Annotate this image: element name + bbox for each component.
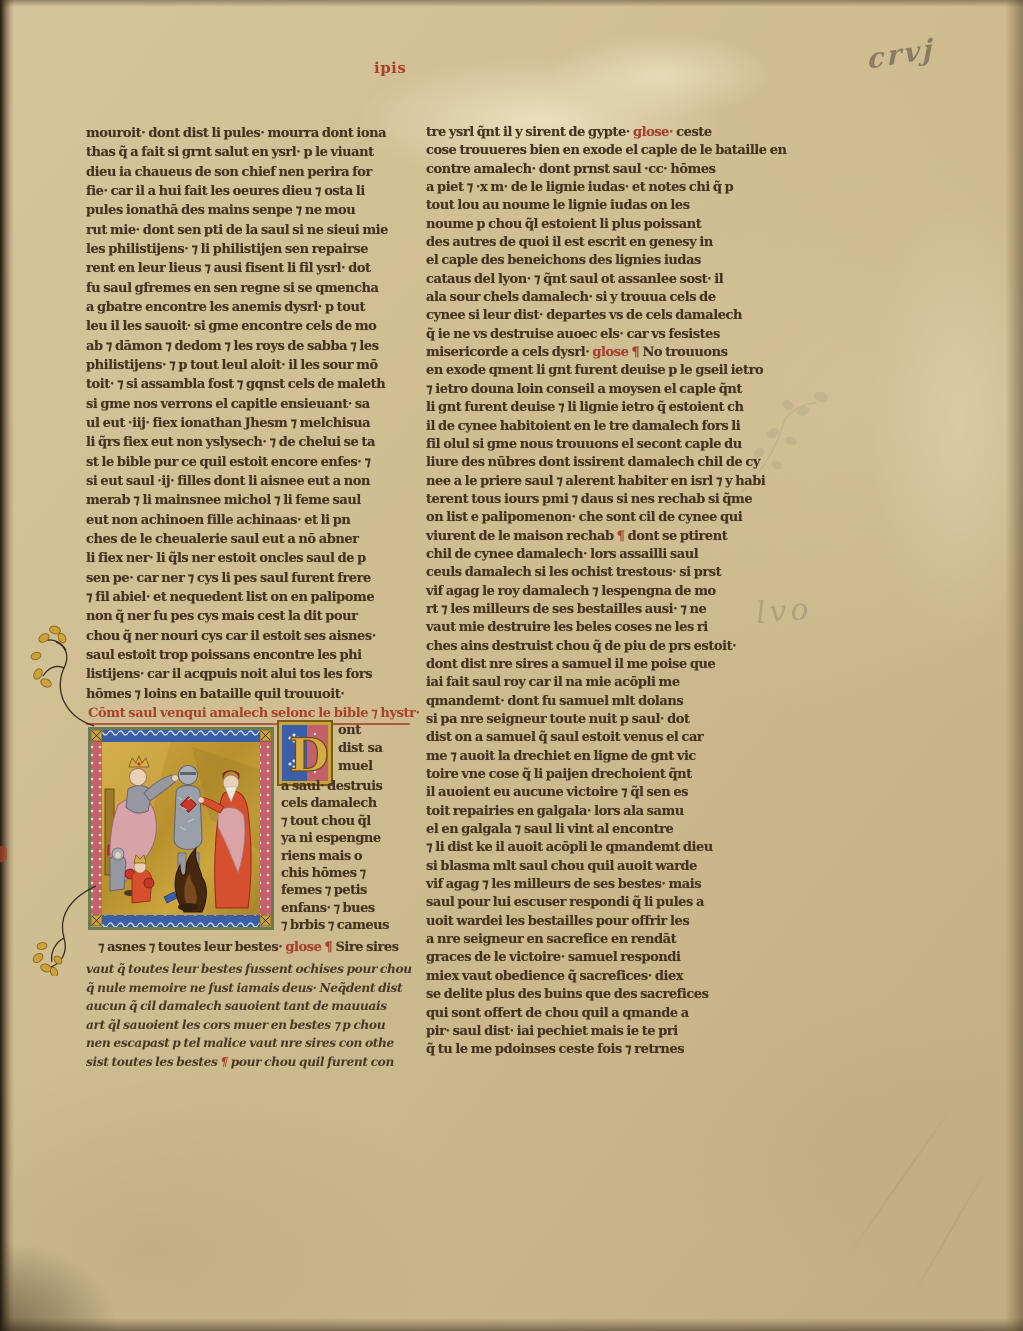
right-text-column: tre ysrl q̃nt il y sirent de gypte· glos… <box>426 124 746 1060</box>
manuscript-text-line: dont dist nre sires a samuel il me poise… <box>426 656 746 674</box>
manuscript-text-line: ab ⁊ dāmon ⁊ dedom ⁊ les roys de sabba ⁊… <box>86 337 408 356</box>
manuscript-text-line: ches de le cheualerie saul eut a nō abne… <box>86 530 408 549</box>
manuscript-text-line: chou q̃ ner nouri cys car il estoit ses … <box>86 627 408 646</box>
red-ink-segment: ¶ <box>325 940 336 955</box>
manuscript-text-line: el caple des beneichons des lignies iuda… <box>426 252 746 270</box>
manuscript-text-line: rut mie· dont sen pti de la saul si ne s… <box>86 221 408 240</box>
manuscript-text-line: on list e palipomenon· che sont cil de c… <box>426 509 746 527</box>
manuscript-text-line: ⁊ asnes ⁊ toutes leur bestes· glose ¶ Si… <box>98 938 430 957</box>
manuscript-text-line: ⁊ fil abiel· et nequedent list on en pal… <box>86 588 408 607</box>
manuscript-text-line: non q̃ ner fu pes cys mais cest la dit p… <box>86 607 408 626</box>
manuscript-text-line: fil olul si gme nous trouuons el secont … <box>426 436 746 454</box>
vine-ornament-top-left <box>30 616 96 730</box>
parchment-wrinkle <box>910 1160 992 1300</box>
right-border-bar <box>260 741 271 916</box>
manuscript-text-line: rent en leur lieus ⁊ ausi fisent li fil … <box>86 259 408 278</box>
red-ink-segment: glose <box>592 345 631 360</box>
manuscript-text-line: li gnt furent deuise ⁊ li lignie ietro q… <box>426 399 746 417</box>
manuscript-text-line: tout lou au noume le lignie iudas on les <box>426 197 746 215</box>
ink-segment: dont se ptirent <box>625 529 728 544</box>
manuscript-text-line: graces de le victoire· samuel respondi <box>426 949 746 967</box>
red-ink-segment: glose <box>285 940 324 955</box>
manuscript-text-line: ⁊ brbis ⁊ cameus <box>281 917 409 934</box>
manuscript-text-line: thas q̃ a fait si grnt salut en ysrl· p … <box>86 143 408 162</box>
red-edge-mark <box>0 846 7 862</box>
red-ink-segment: ¶ <box>220 1055 227 1069</box>
manuscript-text-line: rt ⁊ les milleurs de ses bestailles ausi… <box>426 601 746 619</box>
initial-d-icon: D <box>277 720 333 786</box>
manuscript-text-line: li fiex ner· li q̃ls ner estoit oncles s… <box>86 549 408 568</box>
running-title: ipis <box>374 60 406 76</box>
manuscript-text-line: les philistijens· ⁊ li philistijen sen r… <box>86 240 408 259</box>
initial-letter: D <box>289 728 329 782</box>
ink-segment: No trouuons <box>639 345 727 360</box>
manuscript-text-line: si eut saul ·ij· filles dont li aisnee e… <box>86 472 408 491</box>
side-text-head: ontdist samuel <box>338 722 410 777</box>
manuscript-text-line: ceuls damalech si les ochist trestous· s… <box>426 564 746 582</box>
manuscript-text-line: a gbatre encontre les anemis dysrl· p to… <box>86 298 408 317</box>
gloss-text-line: aucun q̃ cil damalech sauoient tant de m… <box>86 997 426 1016</box>
manuscript-text-line: il de cynee habitoient en le tre damalec… <box>426 418 746 436</box>
binding-gutter-edge <box>0 0 14 1331</box>
manuscript-text-line: chil de cynee damalech· lors assailli sa… <box>426 546 746 564</box>
manuscript-text-line: uoit wardei les bestailles pour offrir l… <box>426 913 746 931</box>
manuscript-text-line: liure des nūbres dont issirent damalech … <box>426 454 746 472</box>
page-top-edge <box>0 0 1023 7</box>
manuscript-text-line: fie· car il a hui fait les oeures dieu ⁊… <box>86 182 408 201</box>
ivy-vine-icon <box>30 616 96 730</box>
manuscript-text-line: qui sont offert de chou quil a qmande a <box>426 1005 746 1023</box>
manuscript-text-line: q̃ tu le me pdoinses ceste fois ⁊ retrne… <box>426 1041 746 1059</box>
manuscript-text-line: ches ains destruist chou q̃ de piu de pr… <box>426 638 746 656</box>
manuscript-text-line: noume p chou q̃l estoient li plus poissa… <box>426 216 746 234</box>
ink-segment: ⁊ asnes ⁊ toutes leur bestes· <box>98 940 285 955</box>
manuscript-text-line: ⁊ li dist ke il auoit acōpli le qmandemt… <box>426 839 746 857</box>
miniature-painting <box>88 727 274 930</box>
manuscript-text-line: femes ⁊ petis <box>281 882 409 899</box>
manuscript-text-line: muel <box>338 758 410 776</box>
manuscript-text-line: saul pour lui escuser respondi q̃ li pul… <box>426 894 746 912</box>
manuscript-text-line: philistijens· ⁊ p tout leul aloit· il le… <box>86 356 408 375</box>
manuscript-text-line: des autres de quoi il est escrit en gene… <box>426 234 746 252</box>
manuscript-text-line: dist on a samuel q̃ saul estoit venus el… <box>426 729 746 747</box>
manuscript-text-line: hōmes ⁊ loins en bataille quil trouuoit· <box>86 685 408 704</box>
manuscript-text-line: riens mais o <box>281 848 409 865</box>
manuscript-text-line: ya ni espengne <box>281 830 409 847</box>
ink-segment: ceste <box>673 125 712 140</box>
manuscript-text-line: merab ⁊ li mainsnee michol ⁊ li feme sau… <box>86 491 408 510</box>
manuscript-text-line: a piet ⁊ ·x m· de le lignie iudas· et no… <box>426 179 746 197</box>
manuscript-text-line: pules ionathā des mains senpe ⁊ ne mou <box>86 201 408 220</box>
manuscript-text-line: ont <box>338 722 410 740</box>
parchment-wrinkle <box>843 1098 959 1263</box>
folio-mark: crvj <box>868 34 936 75</box>
gloss-text-line: sist toutes les bestes ¶ pour chou quil … <box>86 1053 426 1072</box>
manuscript-text-line: me ⁊ auoit la drechiet en ligne de gnt v… <box>426 748 746 766</box>
manuscript-text-line: sen pe· car ner ⁊ cys li pes saul furent… <box>86 569 408 588</box>
manuscript-text-line: fu saul gfremes en sen regne si se qmenc… <box>86 279 408 298</box>
manuscript-text-line: tre ysrl q̃nt il y sirent de gypte· glos… <box>426 124 746 142</box>
manuscript-text-line: terent tous iours pmi ⁊ daus si nes rech… <box>426 491 746 509</box>
side-text-body: a saul· destruiscels damalech⁊ tout chou… <box>281 778 409 935</box>
manuscript-text-line: pir· saul dist· iai pechiet mais ie te p… <box>426 1023 746 1041</box>
manuscript-text-line: el en galgala ⁊ saul li vint al encontre <box>426 821 746 839</box>
manuscript-text-line: si gme nos verrons el capitle ensieuant·… <box>86 395 408 414</box>
manuscript-text-line: miex vaut obedience q̃ sacrefices· diex <box>426 968 746 986</box>
manuscript-text-line: cynee si leur dist· departes vs de cels … <box>426 307 746 325</box>
manuscript-text-line: eut non achinoen fille achinaas· et li p… <box>86 511 408 530</box>
manuscript-text-line: ⁊ ietro douna loin conseil a moysen el c… <box>426 381 746 399</box>
gloss-text-line: art q̃l sauoient les cors muer en bestes… <box>86 1016 426 1035</box>
top-border-band <box>102 730 260 742</box>
gloss-text-line: vaut q̃ toutes leur bestes fussent ochis… <box>86 960 426 979</box>
manuscript-text-line: dieu ia chaueus de son chief nen perira … <box>86 163 408 182</box>
ink-segment: tre ysrl q̃nt il y sirent de gypte· <box>426 125 633 140</box>
manuscript-text-line: ala sour chels damalech· si y trouua cel… <box>426 289 746 307</box>
red-ink-segment: glose· <box>633 125 673 140</box>
manuscript-text-line: il auoient eu aucune victoire ⁊ q̃l sen … <box>426 784 746 802</box>
gloss-text-line: q̃ nule memoire ne fust iamais deus· Neq… <box>86 979 426 998</box>
page-corner-shadow <box>0 1240 120 1331</box>
manuscript-text-line: se delite plus des buins que des sacrefi… <box>426 986 746 1004</box>
manuscript-text-line: enfans· ⁊ bues <box>281 900 409 917</box>
page-bottom-edge <box>0 1318 1023 1331</box>
ink-segment: misericorde a cels dysrl· <box>426 345 592 360</box>
manuscript-text-line: vif agag ⁊ les milleurs de ses bestes· m… <box>426 876 746 894</box>
manuscript-text-line: toit repairies en galgala· lors ala samu <box>426 803 746 821</box>
manuscript-text-line: mouroit· dont dist li pules· mourra dont… <box>86 124 408 143</box>
manuscript-text-line: toire vne cose q̃ li paijen drechoient q… <box>426 766 746 784</box>
manuscript-text-line: chis hōmes ⁊ <box>281 865 409 882</box>
manuscript-text-line: saul estoit trop poissans encontre les p… <box>86 646 408 665</box>
manuscript-text-line: misericorde a cels dysrl· glose ¶ No tro… <box>426 344 746 362</box>
manuscript-text-line: iai fait saul roy car il na mie acōpli m… <box>426 674 746 692</box>
ink-segment: viurent de le maison rechab <box>426 529 617 544</box>
manuscript-text-line: cataus del lyon· ⁊ q̃nt saul ot assanlee… <box>426 271 746 289</box>
ink-segment: pour chou quil furent con <box>228 1055 394 1069</box>
left-text-column: mouroit· dont dist li pules· mourra dont… <box>86 124 408 704</box>
manuscript-text-line: ⁊ tout chou q̃l <box>281 813 409 830</box>
manuscript-text-line: cose trouueres bien en exode el caple de… <box>426 142 746 160</box>
manuscript-text-line: toit· ⁊ si assambla fost ⁊ gqnst cels de… <box>86 375 408 394</box>
pointing-hand <box>172 775 179 782</box>
miniature-saul-and-samuel <box>88 727 274 930</box>
ink-segment: Sire sires <box>335 940 398 955</box>
manuscript-text-line: vif agag le roy damalech ⁊ lespengna de … <box>426 583 746 601</box>
ink-segment: sist toutes les bestes <box>86 1055 220 1069</box>
gloss-text-block: vaut q̃ toutes leur bestes fussent ochis… <box>86 960 426 1072</box>
manuscript-text-line: listijens· car il acqpuis noit alui tos … <box>86 665 408 684</box>
manuscript-text-line: en exode qment li gnt furent deuise p le… <box>426 362 746 380</box>
illuminated-initial-d: D <box>277 720 333 786</box>
page-right-edge <box>1005 0 1023 1331</box>
rubric-line: Cōmt saul venqui amalech selonc le bible… <box>88 704 410 723</box>
manuscript-text-line: st le bible pur ce quil estoit encore en… <box>86 453 408 472</box>
manuscript-text-line: leu il les sauoit· si gme encontre cels … <box>86 317 408 336</box>
manuscript-text-line: viurent de le maison rechab ¶ dont se pt… <box>426 528 746 546</box>
manuscript-text-line: a nre seigneur en sacrefice en rendāt <box>426 931 746 949</box>
manuscript-text-line: qmandemt· dont fu samuel mlt dolans <box>426 693 746 711</box>
manuscript-text-line: contre amalech· dont prnst saul ·cc· hōm… <box>426 161 746 179</box>
manuscript-text-line: vaut mie destruire les beles coses ne le… <box>426 619 746 637</box>
red-ink-segment: ¶ <box>617 529 625 544</box>
manuscript-page: ipis crvj mouroit· dont dist li pules· m… <box>0 0 1023 1331</box>
manuscript-text-line: q̃ ie ne vs destruise auoec els· car vs … <box>426 326 746 344</box>
manuscript-text-line: li q̃rs fiex eut non yslysech· ⁊ de chel… <box>86 433 408 452</box>
manuscript-text-line: ul eut ·iij· fiex ionathan Jhesm ⁊ melch… <box>86 414 408 433</box>
manuscript-text-line: a saul· destruis <box>281 778 409 795</box>
manuscript-text-line: nee a le priere saul ⁊ alerent habiter e… <box>426 473 746 491</box>
manuscript-text-line: si blasma mlt saul chou quil auoit warde <box>426 858 746 876</box>
gloss-text-line: nen escapast p tel malice vaut nre sires… <box>86 1034 426 1053</box>
bottom-border-band <box>102 915 260 927</box>
manuscript-text-line: si pa nre seigneur toute nuit p saul· do… <box>426 711 746 729</box>
ghost-scrawl-mark: lvo <box>755 594 814 631</box>
manuscript-text-line: cels damalech <box>281 795 409 812</box>
manuscript-text-line: dist sa <box>338 740 410 758</box>
